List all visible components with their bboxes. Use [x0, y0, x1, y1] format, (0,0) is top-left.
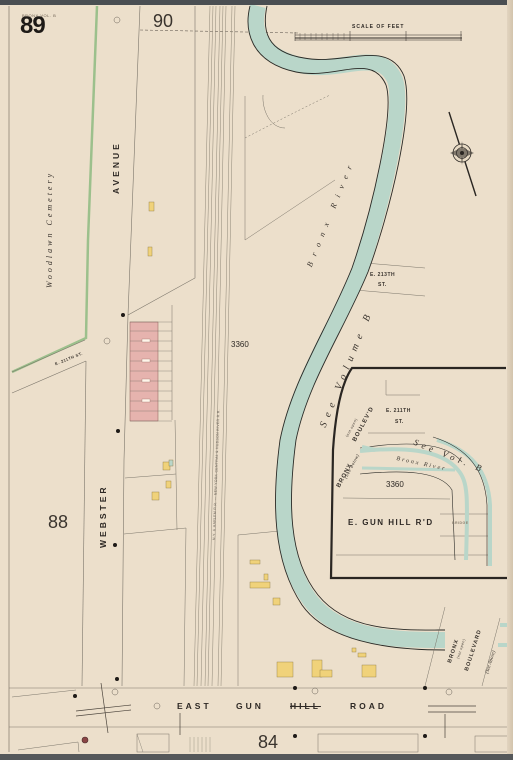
cemetery-boundary: [12, 6, 97, 372]
red-marker: [82, 737, 88, 743]
inset-street-e-211th: E. 211TH: [386, 408, 411, 414]
map-sheet: BRONX VOL. B 89 90 88 84 SCALE OF FEET W…: [0, 0, 513, 760]
block-number-inset: 3360: [386, 480, 404, 489]
adjacent-plate-west[interactable]: 88: [48, 512, 68, 533]
street-label-webster: WEBSTER: [98, 485, 108, 549]
road-label-gun: GUN: [236, 701, 264, 711]
road-label-hill: HILL: [290, 701, 321, 711]
frame-buildings: [148, 202, 376, 677]
bridge-label: BRIDGE: [452, 521, 469, 525]
compass-rose-icon: [449, 112, 476, 196]
railroad-tracks: [194, 6, 235, 686]
scale-bar: [295, 31, 462, 41]
map-drawing: [0, 0, 513, 760]
cemetery-label: Woodlawn Cemetery: [45, 171, 54, 288]
adjacent-plate-north[interactable]: 90: [153, 11, 173, 32]
street-label-e-213th: E. 213TH: [370, 272, 395, 278]
scale-title: SCALE OF FEET: [352, 24, 404, 30]
street-label-avenue: AVENUE: [111, 141, 121, 194]
block-number-main: 3360: [231, 340, 249, 349]
brick-row-houses: [130, 322, 158, 421]
bronx-river: [256, 6, 445, 640]
adjacent-plate-south[interactable]: 84: [258, 732, 278, 753]
inset-gun-hill-road-label: E. GUN HILL R'D: [348, 518, 434, 527]
road-label-road: ROAD: [350, 701, 387, 711]
road-label-east: EAST: [177, 701, 212, 711]
scan-bottom-edge: [0, 754, 513, 760]
street-label-e-213th-st: ST.: [378, 282, 387, 288]
inset-street-e-211th-st: ST.: [395, 419, 404, 425]
plate-number: 89: [20, 12, 45, 40]
scan-top-edge: [0, 0, 513, 5]
scan-right-edge: [507, 0, 513, 760]
